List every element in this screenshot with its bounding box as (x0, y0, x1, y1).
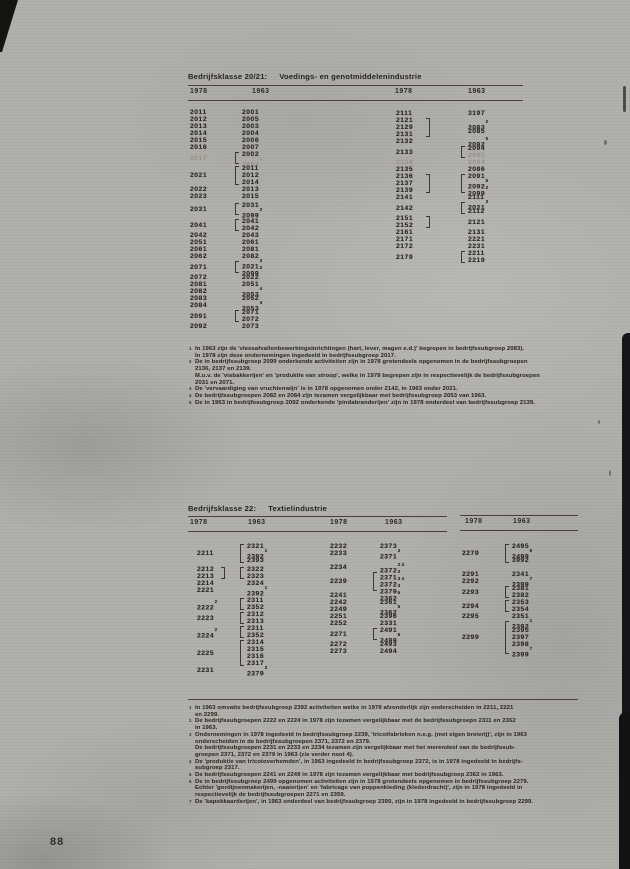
codes-1963-cell: 2494 (380, 648, 397, 655)
code-mapping-row: 215121522121 (396, 215, 488, 229)
codes-1963-cell: 23532354 (512, 599, 529, 613)
code-1963: 2003 (242, 123, 259, 130)
code-1963: 2041 (242, 218, 259, 225)
codes-1978-cell: 2015 (190, 137, 242, 144)
code-mapping-row: 22142324 (197, 580, 267, 587)
code-1978: 2129 (396, 124, 468, 131)
codes-1963-cell: 200220831 (242, 151, 262, 165)
code-1978: 2092 (190, 323, 242, 330)
code-1963: 2012 (242, 172, 259, 179)
footnote-ref: 3 (398, 548, 401, 553)
code-1963: 2011 (242, 165, 259, 172)
codes-1963-cell: 2005 (242, 116, 259, 123)
code-1963: 2231 (468, 243, 485, 250)
code-1978: 2134 (396, 159, 468, 166)
code-1963: 2007 (242, 144, 259, 151)
code-1978: 2252 (330, 620, 380, 627)
code-1963: 2082 (242, 253, 259, 260)
footnote-ref: 1 (265, 548, 268, 553)
code-mapping-row: 2224223112352 (197, 625, 267, 639)
codes-1963-cell: 2022 (242, 274, 259, 281)
footnote-ref: 3 (398, 583, 401, 588)
code-mapping-row: 209120712072 (190, 309, 262, 323)
codes-1978-cell: 21512152 (396, 215, 468, 229)
code-1963: 20831 (242, 158, 262, 165)
codes-1963-cell: 20412042 (242, 218, 259, 232)
codes-1978-cell: 2292 (462, 578, 512, 585)
table2-left-code-columns: 2211232123921239322122213232223232214232… (197, 543, 267, 674)
code-1978: 2241 (330, 592, 380, 599)
codes-1978-cell: 2232 (330, 543, 380, 550)
code-1963: 2001 (242, 109, 259, 116)
table1-title-industry: Voedings- en genotmiddelenindustrie (279, 72, 421, 81)
code-1963: 2015 (242, 193, 259, 200)
code-mapping-row: 20422043 (190, 232, 262, 239)
codes-1978-cell: 213621372139 (396, 173, 468, 194)
code-mapping-row: 20112001 (190, 109, 262, 116)
code-1978: 2172 (396, 243, 468, 250)
codes-1978-cell: 2023 (190, 193, 242, 200)
code-1963: 2361 (380, 599, 397, 606)
codes-1963-cell: 2331 (380, 620, 397, 627)
code-1963: 2312 (247, 611, 264, 618)
codes-1963-cell: 2373 (380, 543, 397, 550)
scan-edge-bar (619, 712, 630, 869)
codes-1963-cell: 2121 (468, 219, 485, 226)
codes-1963-cell: 2081 (242, 246, 259, 253)
code-1963: 2111 (468, 194, 484, 201)
footnote-line: In 1963 omvatte bedrijfssubgroep 2392 ac… (195, 705, 612, 712)
footnote-line: groepen 2371, 2372 en 2379 in 1963 (zie … (195, 752, 612, 759)
codes-1978-cell: 2134 (396, 159, 468, 166)
code-1963: 2382 (512, 592, 529, 599)
code-mapping-row: 22732494 (330, 648, 404, 655)
code-1963: 2311 (247, 597, 264, 604)
code-mapping-row: 22512396 (330, 613, 404, 620)
footnote-ref: 4 (260, 286, 263, 291)
codes-1963-cell: 23112352 (247, 625, 264, 639)
code-1963: 3197 (468, 110, 485, 117)
footnote: 4De bedrijfssubgroepen 2082 en 2084 zijn… (188, 393, 612, 400)
code-mapping-row: 20512061 (190, 239, 262, 246)
code-1978: 2131 (396, 131, 468, 138)
code-1963: 2316 (247, 653, 264, 660)
codes-1978-cell: 2014 (190, 130, 242, 137)
code-mapping-row: 208420534 (190, 302, 262, 309)
code-1978: 2221 (197, 587, 247, 594)
footnote-ref: 3 (265, 665, 268, 670)
codes-1978-cell: 2172 (396, 243, 468, 250)
scanned-page: Bedrijfsklasse 20/21:Voedings- en genotm… (0, 0, 630, 869)
codes-1963-cell: 2007 (242, 144, 259, 151)
code-1963: 2311 (247, 625, 264, 632)
code-mapping-row: 20832052 (190, 295, 262, 302)
code-mapping-row: 217922112219 (396, 250, 488, 264)
table1-right-code-columns: 2111319721212129213120832208521322092521… (396, 110, 488, 264)
codes-1963-cell: 202132112 (468, 201, 488, 215)
code-mapping-row: 20222013 (190, 186, 262, 193)
codes-1978-cell: 2111 (396, 110, 468, 117)
code-1963: 20213 (468, 201, 488, 208)
code-1963: 2121 (468, 219, 485, 226)
codes-1963-cell: 2314231523162317 (247, 639, 264, 667)
footnote-ref: 2 (260, 265, 263, 270)
code-1963: 24996 (380, 634, 400, 641)
codes-1963-cell: 2351 (512, 613, 529, 620)
code-1978: 2141 (396, 194, 468, 201)
codes-1978-cell: 2132 (396, 138, 468, 145)
table1-rule-header (188, 100, 523, 101)
code-1963: 2493 (380, 641, 397, 648)
code-mapping-row: 224923625 (330, 606, 404, 613)
code-mapping-row: 229223997 (462, 578, 532, 585)
footnote-marker: 7 (189, 799, 191, 804)
footnote-ref: 5 (398, 604, 401, 609)
table1-footnotes: 1In 1963 zijn de 'vleesafvallenbewerking… (188, 346, 612, 406)
code-1963: 2354 (512, 606, 529, 613)
code-1963: 2219 (468, 257, 485, 264)
code-mapping-row: 229323812382 (462, 585, 532, 599)
codes-1978-cell: 2084 (190, 302, 242, 309)
footnote-ref: 2 (260, 207, 263, 212)
codes-1963-cell: 2001 (242, 109, 259, 116)
codes-1963-cell: 249124996 (380, 627, 400, 641)
code-mapping-row: 20622082 (190, 253, 262, 260)
footnote: 1In 1963 omvatte bedrijfssubgroep 2392 a… (188, 705, 612, 718)
code-1963: 23723 4 (380, 564, 404, 571)
code-1978: 2249 (330, 606, 380, 613)
codes-1978-cell: 2083 (190, 295, 242, 302)
code-1978: 2273 (330, 648, 380, 655)
codes-1963-cell: 2021320992 (242, 260, 262, 274)
code-1963: 2052 (242, 295, 259, 302)
code-1963: 2314 (247, 639, 264, 646)
codes-1978-cell: 2214 (197, 580, 247, 587)
code-1963: 2006 (242, 137, 259, 144)
footnote-ref: 6 (398, 632, 401, 637)
codes-1963-cell: 22112219 (468, 250, 485, 264)
codes-1963-cell: 2321239212393 (247, 543, 267, 564)
footnote-line: M.u.v. de 'visbakkerijen' en 'produktie … (195, 373, 612, 380)
footnote-marker: 1 (189, 705, 191, 710)
table2-column-header-1978: 1978 (190, 519, 208, 526)
codes-1963-cell: 23921 (247, 587, 267, 594)
code-1978: 2233 (330, 550, 380, 557)
footnote-ref: 1 (260, 156, 263, 161)
footnote: 6De in bedrijfssubgroep 2499 opgenomen a… (188, 779, 612, 799)
codes-1963-cell: 2396 (380, 613, 397, 620)
codes-1978-cell: 2241 (330, 592, 380, 599)
code-mapping-row: 21362137213920912092520992 (396, 173, 488, 194)
code-1963: 2095 (468, 152, 485, 159)
codes-1978-cell: 2133 (396, 149, 468, 156)
code-1963: 20534 (242, 302, 262, 309)
code-1963: 2393 (247, 557, 267, 564)
codes-1978-cell: 2251 (330, 613, 380, 620)
codes-1978-cell: 2249 (330, 606, 380, 613)
page-number: 88 (50, 836, 64, 848)
code-1963: 20832 (468, 121, 488, 128)
footnote-line: Ondernemingen in 1978 ingedeeld in bedri… (195, 732, 612, 739)
table2-rule-header-right (460, 530, 578, 531)
codes-1978-cell: 2142 (396, 205, 468, 212)
code-1978: 2242 (330, 599, 380, 606)
scan-speck (604, 140, 607, 145)
footnote-marker: 1 (189, 346, 191, 351)
code-mapping-row: 22722493 (330, 641, 404, 648)
code-1963: 2322 (247, 566, 264, 573)
codes-1978-cell: 2081 (190, 281, 242, 288)
code-1978: 2234 (330, 564, 380, 571)
code-1963: 20534 (242, 288, 262, 295)
code-1978: 2139 (396, 187, 468, 194)
table2-right-code-columns: 2279249524996399222912341229223997229323… (462, 543, 532, 655)
codes-1978-cell: 2042 (190, 232, 242, 239)
code-1978: 2062 (190, 253, 242, 260)
codes-1963-cell: 20534 (242, 288, 262, 295)
table2-rule-top-right (460, 515, 578, 516)
table2-rule-header-left (188, 531, 447, 532)
codes-1978-cell: 2022 (190, 186, 242, 193)
code-1963: 2313 (247, 618, 264, 625)
codes-1978-cell: 2233 (330, 550, 380, 557)
codes-1963-cell: 2015 (242, 193, 259, 200)
codes-1963-cell: 2392123952397239823997 (512, 620, 532, 655)
codes-1963-cell: 23625 (380, 592, 400, 599)
codes-1978-cell: 2062 (190, 253, 242, 260)
code-1963: 2131 (468, 229, 485, 236)
code-mapping-row: 212121292131208322085 (396, 117, 488, 138)
codes-1978-cell: 2135 (396, 166, 468, 173)
codes-1963-cell: 23997 (512, 578, 532, 585)
footnote-ref: 1 (265, 585, 268, 590)
code-mapping-row: 223323713 (330, 550, 404, 557)
code-1963: 2086 (468, 166, 485, 173)
footnote-ref: 2 (486, 119, 489, 124)
table2-rule-top-left (188, 516, 447, 517)
table2-title: Bedrijfsklasse 22:Textielindustrie (188, 504, 327, 513)
codes-1963-cell: 2013 (242, 186, 259, 193)
code-1963: 2395 (512, 627, 532, 634)
codes-1963-cell: 2371323723 423793 (380, 571, 404, 592)
code-mapping-row: 21612131 (396, 229, 488, 236)
code-mapping-row: 2271249124996 (330, 627, 404, 641)
code-1963: 2071 (242, 309, 259, 316)
code-1978: 2179 (396, 254, 468, 261)
code-mapping-row: 22392371323723 423793 (330, 571, 404, 592)
codes-1963-cell: 2051 (242, 281, 259, 288)
code-1978: 2136 (396, 173, 468, 180)
codes-1963-cell: 23222323 (247, 566, 264, 580)
code-1963: 2112 (468, 208, 488, 215)
code-1978: 2142 (396, 205, 468, 212)
code-mapping-row: 21113197 (396, 110, 488, 117)
codes-1978-cell: 2061 (190, 246, 242, 253)
footnote-ref: 3 (398, 569, 401, 574)
code-1963: 2051 (242, 281, 259, 288)
code-1978: 2291 (462, 571, 512, 578)
code-1963: 23997 (512, 578, 532, 585)
codes-1963-cell: 2231 (468, 243, 485, 250)
codes-1978-cell: 2072 (190, 274, 242, 281)
code-1963: 2381 (512, 585, 529, 592)
codes-1978-cell: 2161 (396, 229, 468, 236)
table2-column-header-1963: 1963 (513, 518, 531, 525)
code-1978: 2137 (396, 180, 468, 187)
codes-1978-cell: 2082 (190, 288, 242, 295)
footnote-ref: 4 (260, 300, 263, 305)
footnote-ref: 5 (398, 590, 401, 595)
table2-title-class: Bedrijfsklasse 22: (188, 504, 256, 513)
table2-column-header-1963: 1963 (385, 519, 403, 526)
footnote: 3Ondernemingen in 1978 ingedeeld in bedr… (188, 732, 612, 759)
code-mapping-row: 22112321239212393 (197, 543, 267, 564)
scan-edge-mark (623, 86, 626, 112)
code-1978: 2083 (190, 295, 242, 302)
footnote-line: in 1963. (195, 725, 612, 732)
codes-1978-cell: 2179 (396, 254, 468, 261)
code-1978: 2132 (396, 138, 468, 145)
codes-1963-cell: 2043 (242, 232, 259, 239)
code-mapping-row: 20132003 (190, 123, 262, 130)
code-1978: 2022 (190, 186, 242, 193)
code-mapping-row: 21722231 (396, 243, 488, 250)
codes-1978-cell: 2242 (330, 599, 380, 606)
code-mapping-row: 20162007 (190, 144, 262, 151)
table2-column-header-1978: 1978 (330, 519, 348, 526)
codes-1963-cell: 20942095 (468, 145, 485, 159)
codes-1978-cell: 2273 (330, 648, 380, 655)
table1-rule-top (188, 85, 523, 86)
code-1963: 23997 (512, 648, 532, 655)
footnote: 2De in bedrijfssubgroep 2099 onderkende … (188, 359, 612, 386)
code-1978: 2081 (190, 281, 242, 288)
code-1978: 2084 (190, 302, 242, 309)
footnote-ref: 7 (530, 576, 533, 581)
code-1978: 2231 (197, 667, 247, 674)
code-1978: 2023 (190, 193, 242, 200)
table1-column-header-1978: 1978 (395, 88, 413, 95)
code-1978: 2272 (330, 641, 380, 648)
table1-column-header-1963: 1963 (252, 88, 270, 95)
codes-1963-cell: 2341 (512, 571, 529, 578)
code-1963: 23921 (247, 587, 267, 594)
code-mapping-row: 2017200220831 (190, 151, 262, 165)
code-1963: 23921 (247, 550, 267, 557)
code-1963: 23793 (247, 667, 267, 674)
code-1963: 2072 (242, 316, 259, 323)
code-1978: 2135 (396, 166, 468, 173)
code-1978: 2111 (396, 110, 468, 117)
codes-1963-cell: 2495249963992 (512, 543, 532, 564)
code-1963: 24996 (512, 550, 532, 557)
code-mapping-row: 229423532354 (462, 599, 532, 613)
footnote-ref: 2 (215, 599, 218, 604)
code-mapping-row: 2142202132112 (396, 201, 488, 215)
footnote-line: De 'kapokkaarderijen', in 1963 onderdeel… (195, 799, 612, 806)
codes-1963-cell: 201120122014 (242, 165, 259, 186)
codes-1963-cell: 2086 (468, 166, 485, 173)
code-mapping-row: 20152006 (190, 137, 262, 144)
code-1963: 2352 (247, 632, 264, 639)
codes-1978-cell: 2252 (330, 620, 380, 627)
code-1963: 23713 (380, 550, 400, 557)
codes-1978-cell: 2221 (197, 587, 247, 594)
codes-1963-cell: 2221 (468, 236, 485, 243)
table1-column-header-1963: 1963 (468, 88, 486, 95)
codes-1978-cell: 2016 (190, 144, 242, 151)
codes-1963-cell: 2324 (247, 580, 264, 587)
code-mapping-row: 213320942095 (396, 145, 488, 159)
code-1963: 23625 (380, 592, 400, 599)
code-mapping-row: 22792495249963992 (462, 543, 532, 564)
code-1963: 2221 (468, 236, 485, 243)
codes-1963-cell: 23122313 (247, 611, 264, 625)
footnote: 5De in 1963 in bedrijfssubgroep 2092 ond… (188, 400, 612, 407)
code-1978: 2292 (462, 578, 512, 585)
code-1978: 2016 (190, 144, 242, 151)
codes-1978-cell: 2051 (190, 239, 242, 246)
code-mapping-row: 20122005 (190, 116, 262, 123)
code-mapping-row: 22322373 (330, 543, 404, 550)
table2-column-header-1978: 1978 (465, 518, 483, 525)
code-mapping-row: 223423723 4 (330, 564, 404, 571)
codes-1963-cell: 23812382 (512, 585, 529, 599)
code-1978: 2042 (190, 232, 242, 239)
code-mapping-row: 224123625 (330, 592, 404, 599)
footnote-ref: 2 (486, 185, 489, 190)
codes-1963-cell: 208322085 (468, 121, 488, 135)
codes-1963-cell: 23625 (380, 606, 400, 613)
footnote: 5De bedrijfssubgroepen 2241 en 2249 in 1… (188, 772, 612, 779)
codes-1978-cell: 2012 (190, 116, 242, 123)
code-mapping-row: 22422361 (330, 599, 404, 606)
scan-corner-blot (0, 0, 18, 52)
footnote-line: respectievelijk de bedrijfssubgroepen 22… (195, 792, 612, 799)
code-mapping-row: 20712021320992 (190, 260, 262, 274)
code-1963: 20992 (242, 267, 262, 274)
code-mapping-row: 2031203120992 (190, 202, 262, 216)
code-mapping-row: 204120412042 (190, 218, 262, 232)
code-1978: 2232 (330, 543, 380, 550)
footnote: 7De 'kapokkaarderijen', in 1963 onderdee… (188, 799, 612, 806)
codes-1963-cell: 20925 (468, 138, 488, 145)
code-1963: 23921 (512, 620, 532, 627)
code-mapping-row: 22522331 (330, 620, 404, 627)
code-mapping-row: 213220925 (396, 138, 488, 145)
code-1963: 2323 (247, 573, 264, 580)
code-mapping-row: 208220534 (190, 288, 262, 295)
codes-1963-cell: 2361 (380, 599, 397, 606)
code-mapping-row: 20612081 (190, 246, 262, 253)
codes-1963-cell: 2052 (242, 295, 259, 302)
table1-left-code-columns: 2011200120122005201320032014200420152006… (190, 109, 262, 330)
code-1978: 2013 (190, 123, 242, 130)
code-mapping-row: 222323122313 (197, 611, 267, 625)
table1-column-header-1978: 1978 (190, 88, 208, 95)
code-1963: 2013 (242, 186, 259, 193)
code-1978: 2151 (396, 215, 468, 222)
footnote-marker: 5 (189, 400, 191, 405)
code-1963: 2014 (242, 179, 259, 186)
table2-title-industry: Textielindustrie (268, 504, 327, 513)
footnote-marker: 3 (189, 386, 191, 391)
codes-1978-cell: 2092 (190, 323, 242, 330)
footnote-line: 2136, 2137 en 2139. (195, 366, 612, 373)
footnote-line: De 'vervaardiging van vruchtenwijn' is i… (195, 386, 612, 393)
code-1963: 20992 (242, 209, 262, 216)
codes-1963-cell: 20912092520992 (468, 173, 488, 194)
